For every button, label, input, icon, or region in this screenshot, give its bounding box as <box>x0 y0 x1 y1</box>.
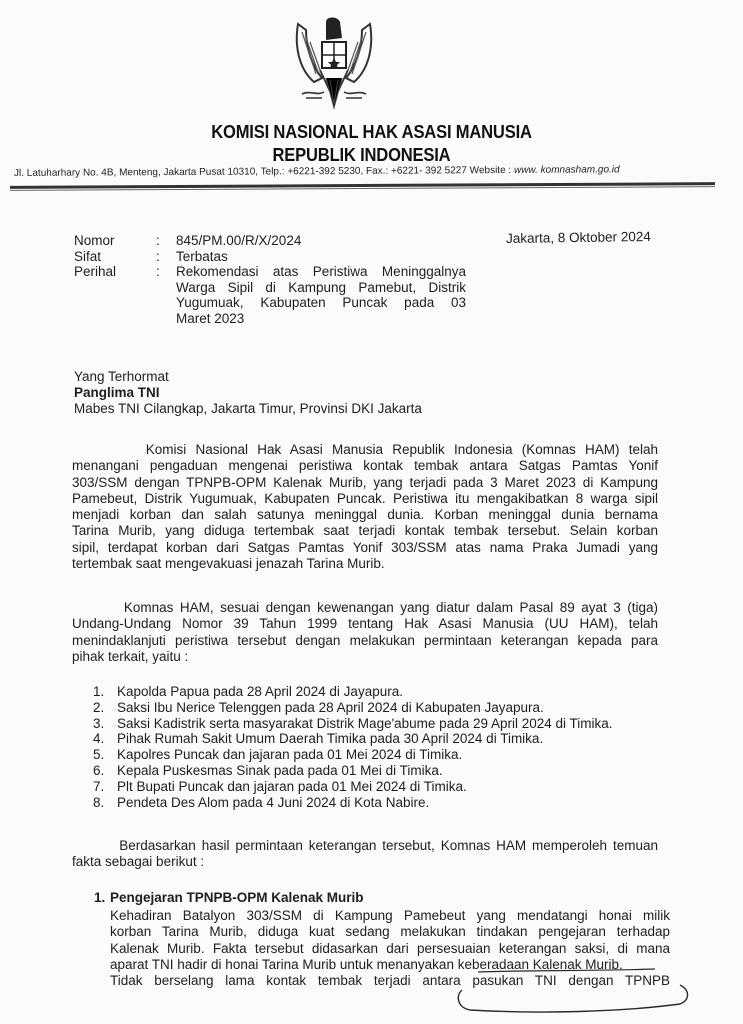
organization-name: KOMISI NASIONAL HAK ASASI MANUSIA <box>30 122 714 143</box>
paragraph-findings-intro: Berdasarkan hasil permintaan keterangan … <box>72 838 658 871</box>
letterhead-address: Jl. Latuharhary No. 4B, Menteng, Jakarta… <box>14 164 714 179</box>
list-item: 8.Pendeta Des Alom pada 4 Juni 2024 di K… <box>93 795 613 811</box>
paragraph-line: fakta sebagai berikut : <box>72 854 658 870</box>
list-text: Pendeta Des Alom pada 4 Juni 2024 di Kot… <box>117 795 429 811</box>
letter-date: Jakarta, 8 Oktober 2024 <box>506 229 651 246</box>
paragraph-line: 303/SSM dengan TPNPB-OPM Kalenak Murib, … <box>72 475 658 491</box>
recipient: Panglima TNI <box>74 385 422 401</box>
list-text: Saksi Kadistrik serta masyarakat Distrik… <box>117 716 613 732</box>
list-number: 8. <box>93 795 117 811</box>
paragraph-line: menjadi korban dan salah satunya meningg… <box>72 507 658 523</box>
list-item: 1.Kapolda Papua pada 28 April 2024 di Ja… <box>93 684 613 700</box>
finding-1: 1.Pengejaran TPNPB-OPM Kalenak Murib Keh… <box>94 890 674 989</box>
finding-number: 1. <box>94 890 110 906</box>
finding-body: Kehadiran Batalyon 303/SSM di Kampung Pa… <box>110 908 670 989</box>
list-item: 5.Kapolres Puncak dan jajaran pada 01 Me… <box>93 747 613 763</box>
meta-nomor: Nomor : 845/PM.00/R/X/2024 <box>74 233 466 249</box>
nomor-label: Nomor <box>74 233 156 249</box>
paragraph-line: menindaklanjuti peristiwa tersebut denga… <box>72 633 658 649</box>
list-item: 4.Pihak Rumah Sakit Umum Daerah Timika p… <box>93 731 613 747</box>
list-text: Plt Bupati Puncak dan jajaran pada 01 Me… <box>117 779 467 795</box>
colon: : <box>156 264 176 326</box>
finding-title-text: Pengejaran TPNPB-OPM Kalenak Murib <box>110 890 364 905</box>
list-number: 6. <box>93 763 117 779</box>
paragraph-line: Komisi Nasional Hak Asasi Manusia Republ… <box>72 442 658 458</box>
sifat-label: Sifat <box>74 249 156 265</box>
list-item: 7.Plt Bupati Puncak dan jajaran pada 01 … <box>93 779 613 795</box>
perihal-line: Maret 2023 <box>176 311 466 327</box>
list-item: 2.Saksi Ibu Nerice Telenggen pada 28 Apr… <box>93 700 613 716</box>
list-text: Kepala Puskesmas Sinak pada pada 01 Mei … <box>117 763 443 779</box>
paragraph-line: pihak terkait, yaitu : <box>72 649 658 665</box>
organization-subtitle: REPUBLIK INDONESIA <box>20 145 704 166</box>
meta-perihal: Perihal : Rekomendasi atas Peristiwa Men… <box>74 264 466 326</box>
paragraph-line: Undang-Undang Nomor 39 Tahun 1999 tentan… <box>72 616 658 632</box>
finding-line: Tidak berselang lama kontak tembak terja… <box>110 973 670 989</box>
finding-line: aparat TNI hadir di honai Tarina Murib u… <box>110 957 670 973</box>
salutation: Yang Terhormat <box>74 369 422 385</box>
list-number: 2. <box>93 700 117 716</box>
paragraph-intro: Komisi Nasional Hak Asasi Manusia Republ… <box>72 442 658 572</box>
paragraph-line: Berdasarkan hasil permintaan keterangan … <box>72 838 658 854</box>
perihal-line: Yugumuak, Kabupaten Puncak pada 03 <box>176 295 466 311</box>
list-number: 4. <box>93 731 117 747</box>
finding-title: 1.Pengejaran TPNPB-OPM Kalenak Murib <box>94 890 674 906</box>
paragraph-line: tertembak saat mengevakuasi jenazah Tari… <box>72 556 658 572</box>
perihal-value: Rekomendasi atas Peristiwa Meninggalnya … <box>176 264 466 326</box>
letter-meta: Nomor : 845/PM.00/R/X/2024 Sifat : Terba… <box>74 233 466 326</box>
finding-line: Kehadiran Batalyon 303/SSM di Kampung Pa… <box>110 908 670 924</box>
perihal-line: Warga Sipil di Kampung Pamebut, Distrik <box>176 280 466 296</box>
list-number: 7. <box>93 779 117 795</box>
nomor-value: 845/PM.00/R/X/2024 <box>176 233 466 249</box>
website-link[interactable]: www. komnasham.go.id <box>514 164 620 176</box>
list-text: Saksi Ibu Nerice Telenggen pada 28 April… <box>117 700 544 716</box>
list-item: 6.Kepala Puskesmas Sinak pada pada 01 Me… <box>93 763 613 779</box>
finding-line: korban Tarina Murib, diduga kuat sedang … <box>110 924 670 940</box>
address-text: Jl. Latuharhary No. 4B, Menteng, Jakarta… <box>14 165 514 179</box>
addressee: Yang Terhormat Panglima TNI Mabes TNI Ci… <box>74 369 422 417</box>
list-number: 5. <box>93 747 117 763</box>
perihal-label: Perihal <box>74 264 156 326</box>
paragraph-line: Pamebeut, Distrik Yugumuak, Kabupaten Pu… <box>72 491 658 507</box>
interview-list: 1.Kapolda Papua pada 28 April 2024 di Ja… <box>93 684 613 810</box>
paragraph-line: sipil, terdapat korban dari Satgas Pamta… <box>72 540 658 556</box>
paragraph-line: menangani pengaduan mengenai peristiwa k… <box>72 458 658 474</box>
colon: : <box>156 233 176 249</box>
sifat-value: Terbatas <box>176 249 466 265</box>
list-text: Kapolres Puncak dan jajaran pada 01 Mei … <box>117 747 462 763</box>
list-number: 3. <box>93 716 117 732</box>
list-number: 1. <box>93 684 117 700</box>
paragraph-line: Tarina Murib, yang diduga tertembak saat… <box>72 523 658 539</box>
garuda-emblem-icon <box>292 8 376 120</box>
list-text: Pihak Rumah Sakit Umum Daerah Timika pad… <box>117 731 543 747</box>
colon: : <box>156 249 176 265</box>
list-text: Kapolda Papua pada 28 April 2024 di Jaya… <box>117 684 403 700</box>
perihal-line: Rekomendasi atas Peristiwa Meninggalnya <box>176 264 466 280</box>
list-item: 3.Saksi Kadistrik serta masyarakat Distr… <box>93 716 613 732</box>
recipient-address: Mabes TNI Cilangkap, Jakarta Timur, Prov… <box>74 401 422 417</box>
paragraph-line: Komnas HAM, sesuai dengan kewenangan yan… <box>72 600 658 616</box>
finding-line: Kalenak Murib. Fakta tersebut didasarkan… <box>110 941 670 957</box>
paragraph-followup: Komnas HAM, sesuai dengan kewenangan yan… <box>72 600 658 665</box>
meta-sifat: Sifat : Terbatas <box>74 249 466 265</box>
